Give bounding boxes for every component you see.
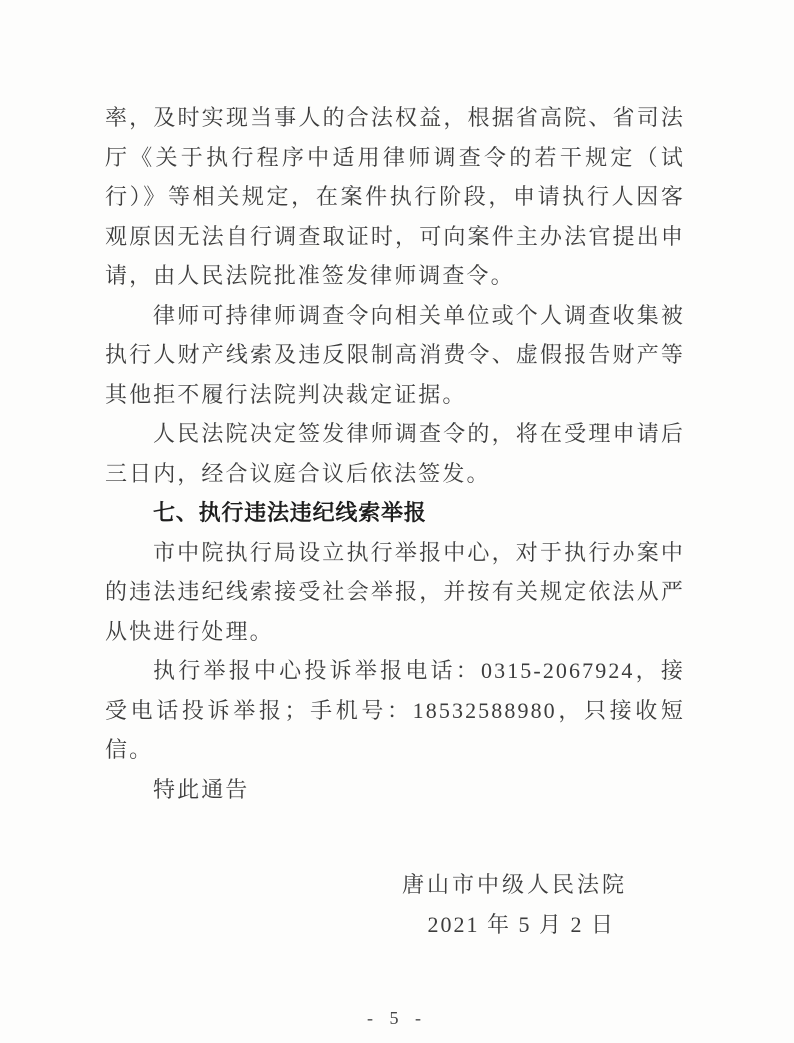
paragraph-lawyer-order-usage: 律师可持律师调查令向相关单位或个人调查收集被执行人财产线索及违反限制高消费令、虚… <box>105 296 685 415</box>
issue-date: 2021 年 5 月 2 日 <box>105 905 685 945</box>
paragraph-lawyer-investigation-order-intro: 率，及时实现当事人的合法权益，根据省高院、省司法厅《关于执行程序中适用律师调查令… <box>105 98 685 296</box>
paragraph-report-center-setup: 市中院执行局设立执行举报中心，对于执行办案中的违法违纪线索接受社会举报，并按有关… <box>105 533 685 652</box>
page-number: - 5 - <box>0 1008 794 1029</box>
signature-block: 唐山市中级人民法院 2021 年 5 月 2 日 <box>105 865 685 944</box>
section-heading-report-clues: 七、执行违法违纪线索举报 <box>105 493 685 533</box>
paragraph-report-phone-numbers: 执行举报中心投诉举报电话：0315-2067924，接受电话投诉举报；手机号：1… <box>105 651 685 770</box>
paragraph-hereby-notice: 特此通告 <box>105 770 685 810</box>
document-body: 率，及时实现当事人的合法权益，根据省高院、省司法厅《关于执行程序中适用律师调查令… <box>105 98 685 944</box>
paragraph-court-issue-deadline: 人民法院决定签发律师调查令的，将在受理申请后三日内，经合议庭合议后依法签发。 <box>105 414 685 493</box>
issuing-authority: 唐山市中级人民法院 <box>105 865 685 905</box>
document-page: 率，及时实现当事人的合法权益，根据省高院、省司法厅《关于执行程序中适用律师调查令… <box>0 0 794 1043</box>
